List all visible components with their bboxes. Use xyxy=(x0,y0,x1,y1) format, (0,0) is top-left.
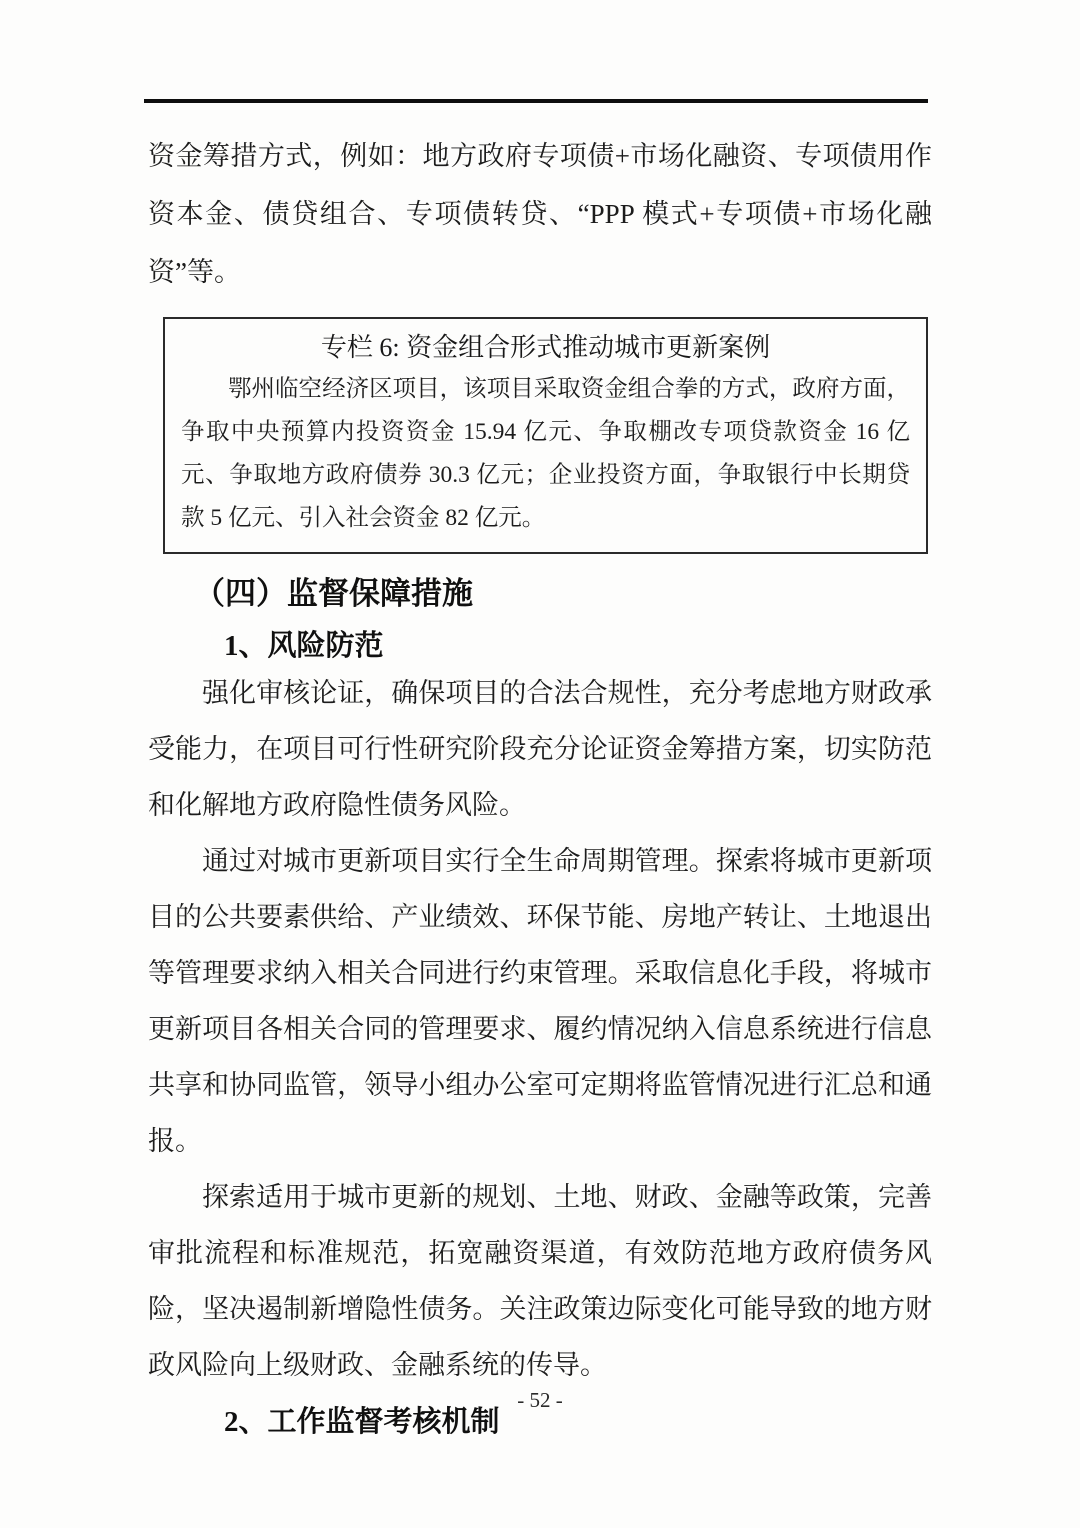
subsection-heading-risk-prevention: 1、风险防范 xyxy=(148,627,932,665)
callout-box: 专栏 6: 资金组合形式推动城市更新案例 鄂州临空经济区项目，该项目采取资金组合… xyxy=(163,317,928,554)
document-page: 资金筹措方式，例如：地方政府专项债+市场化融资、专项债用作资本金、债贷组合、专项… xyxy=(0,0,1080,1528)
section-heading-supervision-measures: （四）监督保障措施 xyxy=(148,574,932,614)
header-rule xyxy=(144,99,928,103)
callout-box-title: 专栏 6: 资金组合形式推动城市更新案例 xyxy=(181,328,910,368)
paragraph-risk-1: 强化审核论证，确保项目的合法合规性，充分考虑地方财政承受能力，在项目可行性研究阶… xyxy=(148,665,932,833)
callout-box-body: 鄂州临空经济区项目，该项目采取资金组合拳的方式，政府方面，争取中央预算内投资资金… xyxy=(181,368,910,540)
body-paragraphs: 强化审核论证，确保项目的合法合规性，充分考虑地方财政承受能力，在项目可行性研究阶… xyxy=(148,665,932,1393)
paragraph-risk-3: 探索适用于城市更新的规划、土地、财政、金融等政策，完善审批流程和标准规范，拓宽融… xyxy=(148,1169,932,1393)
paragraph-intro: 资金筹措方式，例如：地方政府专项债+市场化融资、专项债用作资本金、债贷组合、专项… xyxy=(148,127,932,301)
page-content: 资金筹措方式，例如：地方政府专项债+市场化融资、专项债用作资本金、债贷组合、专项… xyxy=(0,99,1080,1441)
paragraph-risk-2: 通过对城市更新项目实行全生命周期管理。探索将城市更新项目的公共要素供给、产业绩效… xyxy=(148,833,932,1169)
page-number: - 52 - xyxy=(0,1388,1080,1413)
